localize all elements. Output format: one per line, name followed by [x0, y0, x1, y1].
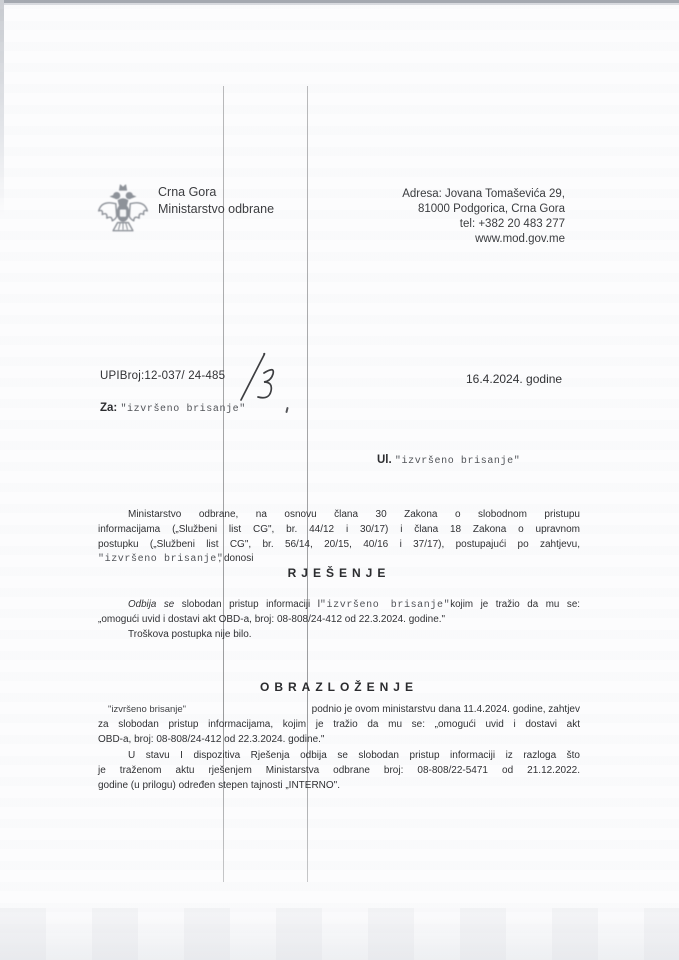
scanned-document-page: Crna Gora Ministarstvo odbrane Adresa: J…: [0, 0, 679, 960]
intro-line-3: postupku („Službeni list CG", br. 56/14,…: [98, 537, 580, 552]
obrazlozenje-line-5: je traženom aktu rješenjem Ministarstva …: [98, 763, 580, 778]
intro-line-4: "izvršeno brisanje", donosi: [98, 551, 580, 567]
ul-redaction-stamp: "izvršeno brisanje": [395, 456, 520, 467]
ul-label: Ul.: [377, 454, 392, 466]
org-country: Crna Gora: [158, 184, 274, 201]
address-city: 81000 Podgorica, Crna Gora: [402, 202, 565, 217]
section-title-obrazlozenje: OBRAZLOŽENJE: [98, 680, 580, 694]
decision-line-3: Troškova postupka nije bilo.: [98, 627, 580, 642]
address-website: www.mod.gov.me: [402, 232, 565, 247]
za-label: Za:: [100, 402, 117, 414]
address-phone: tel: +382 20 483 277: [402, 217, 565, 232]
handwritten-note: [231, 351, 279, 403]
obrazlozenje-line-2: za slobodan pristup informacijama, kojim…: [98, 717, 580, 732]
section-title-rjesenje: RJEŠENJE: [98, 566, 580, 580]
obrazlozenje-line-1-text: podnio je ovom ministarstvu dana 11.4.20…: [312, 702, 580, 717]
obrazlozenje-line-4: U stavu I dispozitiva Rješenja odbija se…: [98, 748, 580, 763]
scan-noise: [0, 0, 679, 960]
obrazlozenje-line-1: "izvršeno brisanje" podnio je ovom minis…: [98, 702, 580, 717]
za-redaction-stamp: "izvršeno brisanje": [120, 404, 245, 415]
obrazlozenje-redaction-stamp: "izvršeno brisanje": [108, 702, 186, 717]
intro-line-1: Ministarstvo odbrane, na osnovu člana 30…: [98, 507, 580, 522]
decision-line-1-mid: slobodan pristup informaciji l: [174, 599, 320, 610]
decision-redaction-stamp: "izvršeno brisanje": [320, 600, 450, 611]
intro-line-4-tail: , donosi: [218, 553, 253, 564]
decision-line-1: Odbija se slobodan pristup informaciji l…: [98, 597, 580, 613]
case-number: UPIBroj:12-037/ 24-485: [100, 370, 225, 382]
decision-line-1-tail: kojim je tražio da mu se:: [450, 599, 580, 610]
za-line: Za: "izvršeno brisanje": [100, 402, 246, 415]
coat-of-arms-icon: [96, 182, 150, 238]
org-ministry: Ministarstvo odbrane: [158, 201, 274, 218]
stray-ink-mark: [285, 407, 288, 413]
scan-edge-left: [0, 0, 4, 215]
decision-line-2: „omogući uvid i dostavi akt OBD-a, broj:…: [98, 612, 580, 627]
scan-edge-bottom: [0, 908, 679, 960]
org-name-block: Crna Gora Ministarstvo odbrane: [158, 184, 274, 218]
obrazlozenje-line-3: OBD-a, broj: 08-808/24-412 od 22.3.2024.…: [98, 732, 580, 747]
intro-redaction-stamp: "izvršeno brisanje": [98, 554, 223, 565]
address-street: Adresa: Jovana Tomaševića 29,: [402, 187, 565, 202]
decision-odbija-se: Odbija se: [128, 599, 174, 610]
scan-edge-top-fade: [0, 3, 679, 5]
intro-line-2: informacijama („Službeni list CG", br. 4…: [98, 522, 580, 537]
ul-line: Ul. "izvršeno brisanje": [377, 454, 520, 467]
address-block: Adresa: Jovana Tomaševića 29, 81000 Podg…: [402, 187, 565, 247]
document-date: 16.4.2024. godine: [466, 372, 562, 386]
obrazlozenje-line-6: godine (u prilogu) određen stepen tajnos…: [98, 778, 580, 793]
